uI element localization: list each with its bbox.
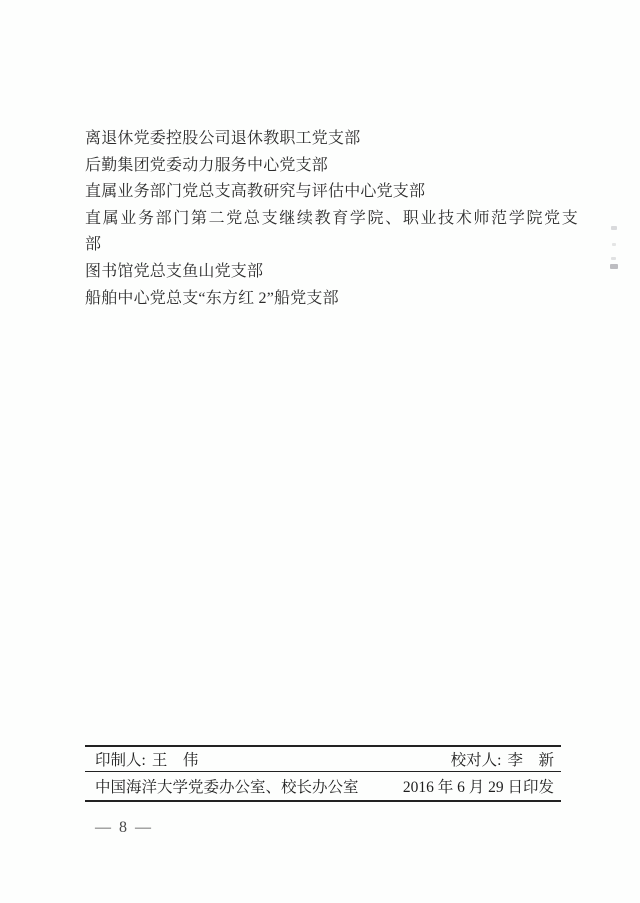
colophon-row-issue: 中国海洋大学党委办公室、校长办公室 2016 年 6 月 29 日印发 xyxy=(85,772,561,802)
issue-date: 2016 年 6 月 29 日印发 xyxy=(403,775,554,797)
list-line-continuation: 部 xyxy=(85,232,578,259)
issuing-office: 中国海洋大学党委办公室、校长办公室 xyxy=(95,775,359,797)
list-line: 后勤集团党委动力服务中心党支部 xyxy=(85,153,578,180)
colophon-box: 印制人:王 伟 校对人:李 新 中国海洋大学党委办公室、校长办公室 2016 年… xyxy=(85,745,561,802)
printer-label: 印制人: xyxy=(95,752,146,769)
proofreader-label: 校对人: xyxy=(451,752,502,769)
proofreader-info: 校对人:李 新 xyxy=(451,748,554,770)
printer-name: 王 伟 xyxy=(152,752,199,769)
party-branch-list: 离退休党委控股公司退休教职工党支部 后勤集团党委动力服务中心党支部 直属业务部门… xyxy=(85,126,578,312)
printer-info: 印制人:王 伟 xyxy=(95,748,198,770)
page-number: — 8 — xyxy=(95,819,153,837)
list-line: 直属业务部门党总支高教研究与评估中心党支部 xyxy=(85,179,578,206)
list-line-wrapped: 直属业务部门第二党总支继续教育学院、职业技术师范学院党支 xyxy=(85,206,578,233)
scan-smudge xyxy=(610,264,618,269)
list-line: 离退休党委控股公司退休教职工党支部 xyxy=(85,126,578,153)
list-line: 图书馆党总支鱼山党支部 xyxy=(85,259,578,286)
proofreader-name: 李 新 xyxy=(507,752,554,769)
document-page: 离退休党委控股公司退休教职工党支部 后勤集团党委动力服务中心党支部 直属业务部门… xyxy=(0,0,640,903)
colophon-row-names: 印制人:王 伟 校对人:李 新 xyxy=(85,745,561,772)
scan-smudge xyxy=(611,257,616,260)
list-line: 船舶中心党总支“东方红 2”船党支部 xyxy=(85,286,578,313)
scan-smudge xyxy=(612,243,616,246)
scan-smudge xyxy=(611,226,617,230)
